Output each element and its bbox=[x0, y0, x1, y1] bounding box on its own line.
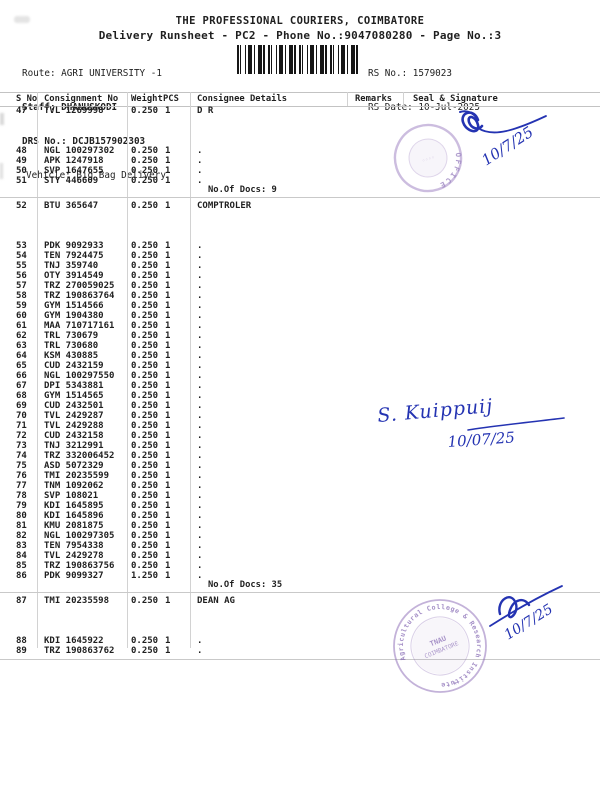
cell-weight: 0.250 bbox=[131, 301, 158, 311]
cell-sno: 63 bbox=[16, 341, 27, 351]
cell-sno: 48 bbox=[16, 146, 27, 156]
cell-sno: 61 bbox=[16, 321, 27, 331]
cell-consignment: TRZ 190863762 bbox=[44, 646, 114, 656]
cell-pcs: 1 bbox=[165, 106, 170, 116]
cell-consignment: SVP 108021 bbox=[44, 491, 98, 501]
cell-consignment: KSM 430885 bbox=[44, 351, 98, 361]
table-row: 65 CUD 2432159 0.250 1 . bbox=[0, 361, 600, 371]
table-row: 75 ASD 5072329 0.250 1 . bbox=[0, 461, 600, 471]
cell-pcs: 1 bbox=[165, 561, 170, 571]
cell-consignee: . bbox=[197, 501, 202, 511]
cell-consignee: . bbox=[197, 431, 202, 441]
barcode bbox=[237, 45, 358, 74]
cell-weight: 0.250 bbox=[131, 481, 158, 491]
cell-pcs: 1 bbox=[165, 646, 170, 656]
cell-sno: 81 bbox=[16, 521, 27, 531]
cell-pcs: 1 bbox=[165, 511, 170, 521]
cell-consignment: SVP 1647655 bbox=[44, 166, 104, 176]
cell-consignee: . bbox=[197, 321, 202, 331]
cell-consignee: . bbox=[197, 176, 202, 186]
cell-pcs: 1 bbox=[165, 271, 170, 281]
group-divider bbox=[0, 197, 600, 198]
cell-weight: 0.250 bbox=[131, 241, 158, 251]
cell-weight: 0.250 bbox=[131, 636, 158, 646]
cell-sno: 68 bbox=[16, 391, 27, 401]
cell-sno: 67 bbox=[16, 381, 27, 391]
cell-consignee: . bbox=[197, 491, 202, 501]
cell-weight: 0.250 bbox=[131, 421, 158, 431]
cell-consignee: . bbox=[197, 301, 202, 311]
col-header-weight: Weight bbox=[131, 94, 163, 104]
cell-sno: 53 bbox=[16, 241, 27, 251]
table-row: 61 MAA 710717161 0.250 1 . bbox=[0, 321, 600, 331]
cell-consignee: . bbox=[197, 156, 202, 166]
cell-consignment: BTU 365647 bbox=[44, 201, 98, 211]
cell-consignment: TRL 730679 bbox=[44, 331, 98, 341]
cell-pcs: 1 bbox=[165, 241, 170, 251]
table-row: 83 TEN 7954338 0.250 1 . bbox=[0, 541, 600, 551]
cell-weight: 0.250 bbox=[131, 201, 158, 211]
cell-consignment: CUD 2432159 bbox=[44, 361, 104, 371]
group-gap bbox=[0, 211, 600, 241]
cell-pcs: 1 bbox=[165, 281, 170, 291]
cell-consignee: . bbox=[197, 636, 202, 646]
cell-consignee: . bbox=[197, 166, 202, 176]
cell-pcs: 1 bbox=[165, 391, 170, 401]
cell-pcs: 1 bbox=[165, 521, 170, 531]
route-line: Route: AGRI UNIVERSITY -1 bbox=[22, 68, 166, 79]
cell-sno: 51 bbox=[16, 176, 27, 186]
cell-consignment: STY 446609 bbox=[44, 176, 98, 186]
cell-consignment: TRZ 332006452 bbox=[44, 451, 114, 461]
cell-weight: 0.250 bbox=[131, 471, 158, 481]
cell-consignment: GYM 1904380 bbox=[44, 311, 104, 321]
cell-pcs: 1 bbox=[165, 341, 170, 351]
cell-consignee: . bbox=[197, 421, 202, 431]
cell-pcs: 1 bbox=[165, 551, 170, 561]
cell-consignment: TRZ 190863756 bbox=[44, 561, 114, 571]
cell-weight: 0.250 bbox=[131, 261, 158, 271]
docs-summary: No.Of Docs: 9 bbox=[0, 186, 600, 195]
cell-sno: 72 bbox=[16, 431, 27, 441]
cell-sno: 56 bbox=[16, 271, 27, 281]
cell-weight: 0.250 bbox=[131, 311, 158, 321]
cell-consignment: OTY 3914549 bbox=[44, 271, 104, 281]
cell-pcs: 1 bbox=[165, 491, 170, 501]
signature-date: 10/7/25 bbox=[478, 123, 536, 170]
cell-pcs: 1 bbox=[165, 501, 170, 511]
cell-sno: 89 bbox=[16, 646, 27, 656]
cell-weight: 0.250 bbox=[131, 271, 158, 281]
cell-sno: 65 bbox=[16, 361, 27, 371]
cell-consignment: NGL 100297305 bbox=[44, 531, 114, 541]
cell-sno: 54 bbox=[16, 251, 27, 261]
cell-consignment: CUD 2432158 bbox=[44, 431, 104, 441]
cell-consignee: . bbox=[197, 646, 202, 656]
table-row: 58 TRZ 190863764 0.250 1 . bbox=[0, 291, 600, 301]
rs-no-line: RS No.: 1579023 bbox=[368, 68, 480, 79]
cell-consignee: . bbox=[197, 311, 202, 321]
cell-sno: 84 bbox=[16, 551, 27, 561]
cell-consignment: TVL 2429288 bbox=[44, 421, 104, 431]
cell-consignee: D R bbox=[197, 106, 213, 116]
cell-consignment: TRZ 190863764 bbox=[44, 291, 114, 301]
cell-weight: 0.250 bbox=[131, 321, 158, 331]
cell-consignment: TEN 7924475 bbox=[44, 251, 104, 261]
cell-consignment: APK 1247918 bbox=[44, 156, 104, 166]
cell-pcs: 1 bbox=[165, 331, 170, 341]
col-header-consignee: Consignee Details bbox=[197, 94, 287, 104]
cell-weight: 0.250 bbox=[131, 391, 158, 401]
signature-scribble-bottom: 10/7/25 bbox=[478, 578, 578, 658]
cell-consignee: . bbox=[197, 391, 202, 401]
cell-consignment: TEN 7954338 bbox=[44, 541, 104, 551]
col-header-remarks: Remarks bbox=[355, 94, 392, 104]
cell-weight: 0.250 bbox=[131, 411, 158, 421]
table-row: 84 TVL 2429278 0.250 1 . bbox=[0, 551, 600, 561]
cell-sno: 88 bbox=[16, 636, 27, 646]
runsheet-subtitle: Delivery Runsheet - PC2 - Phone No.:9047… bbox=[0, 29, 600, 42]
cell-consignment: KDI 1645896 bbox=[44, 511, 104, 521]
cell-pcs: 1 bbox=[165, 201, 170, 211]
table-row: 64 KSM 430885 0.250 1 . bbox=[0, 351, 600, 361]
cell-consignment: TMI 20235598 bbox=[44, 596, 109, 606]
table-row: 52 BTU 365647 0.250 1 COMPTROLER bbox=[0, 201, 600, 211]
cell-pcs: 1 bbox=[165, 351, 170, 361]
signature-scribble-top: 10/7/25 bbox=[448, 104, 568, 184]
cell-weight: 0.250 bbox=[131, 156, 158, 166]
cell-consignment: MAA 710717161 bbox=[44, 321, 114, 331]
cell-sno: 82 bbox=[16, 531, 27, 541]
cell-weight: 0.250 bbox=[131, 281, 158, 291]
cell-pcs: 1 bbox=[165, 381, 170, 391]
table-row: 82 NGL 100297305 0.250 1 . bbox=[0, 531, 600, 541]
cell-weight: 0.250 bbox=[131, 521, 158, 531]
cell-pcs: 1 bbox=[165, 176, 170, 186]
cell-weight: 0.250 bbox=[131, 291, 158, 301]
cell-pcs: 1 bbox=[165, 401, 170, 411]
cell-weight: 0.250 bbox=[131, 551, 158, 561]
cell-pcs: 1 bbox=[165, 471, 170, 481]
cell-sno: 52 bbox=[16, 201, 27, 211]
cell-consignment: PDK 9099327 bbox=[44, 571, 104, 581]
cell-pcs: 1 bbox=[165, 361, 170, 371]
cell-pcs: 1 bbox=[165, 421, 170, 431]
cell-consignee: . bbox=[197, 146, 202, 156]
cell-pcs: 1 bbox=[165, 431, 170, 441]
col-header-pcs: PCS bbox=[163, 94, 179, 104]
cell-consignment: TVL 2429287 bbox=[44, 411, 104, 421]
cell-consignee: COMPTROLER bbox=[197, 201, 251, 211]
cell-weight: 0.250 bbox=[131, 501, 158, 511]
cell-consignee: . bbox=[197, 331, 202, 341]
cell-consignment: ASD 5072329 bbox=[44, 461, 104, 471]
cell-weight: 0.250 bbox=[131, 176, 158, 186]
cell-weight: 0.250 bbox=[131, 106, 158, 116]
cell-consignment: TNJ 359740 bbox=[44, 261, 98, 271]
cell-consignee: . bbox=[197, 481, 202, 491]
cell-weight: 0.250 bbox=[131, 596, 158, 606]
cell-consignment: TNJ 3212991 bbox=[44, 441, 104, 451]
cell-consignment: CUD 2432501 bbox=[44, 401, 104, 411]
table-row: 77 TNM 1092062 0.250 1 . bbox=[0, 481, 600, 491]
cell-pcs: 1 bbox=[165, 261, 170, 271]
cell-consignee: . bbox=[197, 571, 202, 581]
cell-consignment: GYM 1514566 bbox=[44, 301, 104, 311]
table-row: 66 NGL 100297550 0.250 1 . bbox=[0, 371, 600, 381]
table-row: 79 KDI 1645895 0.250 1 . bbox=[0, 501, 600, 511]
cell-sno: 77 bbox=[16, 481, 27, 491]
cell-weight: 0.250 bbox=[131, 441, 158, 451]
cell-consignee: . bbox=[197, 251, 202, 261]
cell-consignee: . bbox=[197, 281, 202, 291]
table-row: 63 TRL 730680 0.250 1 . bbox=[0, 341, 600, 351]
cell-weight: 0.250 bbox=[131, 646, 158, 656]
cell-consignee: . bbox=[197, 561, 202, 571]
cell-weight: 0.250 bbox=[131, 371, 158, 381]
cell-consignee: . bbox=[197, 351, 202, 361]
cell-sno: 71 bbox=[16, 421, 27, 431]
cell-pcs: 1 bbox=[165, 311, 170, 321]
table-bottom-border bbox=[0, 659, 600, 660]
cell-weight: 0.250 bbox=[131, 491, 158, 501]
cell-pcs: 1 bbox=[165, 166, 170, 176]
signature-name: S. Kuippuij bbox=[377, 395, 495, 427]
cell-consignee: . bbox=[197, 381, 202, 391]
table-row: 62 TRL 730679 0.250 1 . bbox=[0, 331, 600, 341]
cell-weight: 0.250 bbox=[131, 146, 158, 156]
company-title: THE PROFESSIONAL COURIERS, COIMBATORE bbox=[0, 15, 600, 27]
cell-consignee: . bbox=[197, 411, 202, 421]
cell-consignment: KDI 1645895 bbox=[44, 501, 104, 511]
cell-consignment: GYM 1514565 bbox=[44, 391, 104, 401]
cell-consignment: NGL 100297550 bbox=[44, 371, 114, 381]
cell-pcs: 1 bbox=[165, 321, 170, 331]
cell-consignment: KDI 1645922 bbox=[44, 636, 104, 646]
cell-weight: 1.250 bbox=[131, 571, 158, 581]
col-header-seal: Seal & Signature bbox=[413, 94, 498, 104]
cell-sno: 83 bbox=[16, 541, 27, 551]
col-header-consignment: Consignment No bbox=[44, 94, 118, 104]
cell-pcs: 1 bbox=[165, 541, 170, 551]
cell-sno: 74 bbox=[16, 451, 27, 461]
cell-consignee: . bbox=[197, 371, 202, 381]
cell-weight: 0.250 bbox=[131, 451, 158, 461]
cell-pcs: 1 bbox=[165, 291, 170, 301]
cell-pcs: 1 bbox=[165, 441, 170, 451]
cell-sno: 79 bbox=[16, 501, 27, 511]
cell-pcs: 1 bbox=[165, 481, 170, 491]
table-row: 76 TMI 20235599 0.250 1 . bbox=[0, 471, 600, 481]
cell-pcs: 1 bbox=[165, 371, 170, 381]
cell-consignee: . bbox=[197, 451, 202, 461]
cell-pcs: 1 bbox=[165, 251, 170, 261]
cell-sno: 75 bbox=[16, 461, 27, 471]
cell-weight: 0.250 bbox=[131, 331, 158, 341]
col-header-sno: S No bbox=[16, 94, 37, 104]
cell-consignee: . bbox=[197, 441, 202, 451]
cell-weight: 0.250 bbox=[131, 166, 158, 176]
table-row: 81 KMU 2081875 0.250 1 . bbox=[0, 521, 600, 531]
cell-pcs: 1 bbox=[165, 146, 170, 156]
table-row: 55 TNJ 359740 0.250 1 . bbox=[0, 261, 600, 271]
cell-consignee: . bbox=[197, 471, 202, 481]
cell-pcs: 1 bbox=[165, 571, 170, 581]
cell-consignment: NGL 100297302 bbox=[44, 146, 114, 156]
cell-pcs: 1 bbox=[165, 156, 170, 166]
cell-weight: 0.250 bbox=[131, 431, 158, 441]
cell-consignment: TRZ 270059025 bbox=[44, 281, 114, 291]
cell-sno: 59 bbox=[16, 301, 27, 311]
cell-consignee: . bbox=[197, 521, 202, 531]
cell-weight: 0.250 bbox=[131, 381, 158, 391]
table-row: 57 TRZ 270059025 0.250 1 . bbox=[0, 281, 600, 291]
cell-sno: 69 bbox=[16, 401, 27, 411]
cell-sno: 66 bbox=[16, 371, 27, 381]
cell-sno: 87 bbox=[16, 596, 27, 606]
cell-sno: 62 bbox=[16, 331, 27, 341]
table-row: 80 KDI 1645896 0.250 1 . bbox=[0, 511, 600, 521]
cell-weight: 0.250 bbox=[131, 361, 158, 371]
cell-consignment: TMI 20235599 bbox=[44, 471, 109, 481]
cell-weight: 0.250 bbox=[131, 511, 158, 521]
table-row: 60 GYM 1904380 0.250 1 . bbox=[0, 311, 600, 321]
cell-weight: 0.250 bbox=[131, 251, 158, 261]
cell-sno: 55 bbox=[16, 261, 27, 271]
cell-sno: 47 bbox=[16, 106, 27, 116]
cell-consignment: TNM 1092062 bbox=[44, 481, 104, 491]
delivery-runsheet-document: THE PROFESSIONAL COURIERS, COIMBATORE De… bbox=[0, 0, 600, 800]
cell-sno: 70 bbox=[16, 411, 27, 421]
cell-consignee: . bbox=[197, 341, 202, 351]
cell-sno: 80 bbox=[16, 511, 27, 521]
cell-weight: 0.250 bbox=[131, 351, 158, 361]
cell-weight: 0.250 bbox=[131, 541, 158, 551]
cell-weight: 0.250 bbox=[131, 531, 158, 541]
cell-sno: 60 bbox=[16, 311, 27, 321]
cell-sno: 85 bbox=[16, 561, 27, 571]
cell-consignee: . bbox=[197, 291, 202, 301]
cell-pcs: 1 bbox=[165, 411, 170, 421]
cell-consignee: DEAN AG bbox=[197, 596, 235, 606]
cell-consignee: . bbox=[197, 261, 202, 271]
cell-weight: 0.250 bbox=[131, 561, 158, 571]
cell-sno: 49 bbox=[16, 156, 27, 166]
cell-pcs: 1 bbox=[165, 451, 170, 461]
cell-consignee: . bbox=[197, 541, 202, 551]
cell-consignee: . bbox=[197, 511, 202, 521]
cell-sno: 57 bbox=[16, 281, 27, 291]
cell-sno: 64 bbox=[16, 351, 27, 361]
table-row: 59 GYM 1514566 0.250 1 . bbox=[0, 301, 600, 311]
cell-consignee: . bbox=[197, 241, 202, 251]
table-row: 78 SVP 108021 0.250 1 . bbox=[0, 491, 600, 501]
cell-consignee: . bbox=[197, 401, 202, 411]
table-row: 74 TRZ 332006452 0.250 1 . bbox=[0, 451, 600, 461]
table-row: 85 TRZ 190863756 0.250 1 . bbox=[0, 561, 600, 571]
cell-consignment: TRL 730680 bbox=[44, 341, 98, 351]
cell-sno: 73 bbox=[16, 441, 27, 451]
signature-date: 10/07/25 bbox=[447, 428, 515, 451]
cell-consignment: TVL 1269998 bbox=[44, 106, 104, 116]
cell-pcs: 1 bbox=[165, 461, 170, 471]
cell-consignment: DPI 5343881 bbox=[44, 381, 104, 391]
cell-sno: 76 bbox=[16, 471, 27, 481]
table-row: 54 TEN 7924475 0.250 1 . bbox=[0, 251, 600, 261]
cell-consignee: . bbox=[197, 551, 202, 561]
table-row: 56 OTY 3914549 0.250 1 . bbox=[0, 271, 600, 281]
cell-pcs: 1 bbox=[165, 301, 170, 311]
cell-consignment: PDK 9092933 bbox=[44, 241, 104, 251]
cell-pcs: 1 bbox=[165, 596, 170, 606]
cell-consignee: . bbox=[197, 361, 202, 371]
cell-weight: 0.250 bbox=[131, 461, 158, 471]
signature-scribble-middle: S. Kuippuij 10/07/25 bbox=[372, 390, 572, 452]
cell-sno: 50 bbox=[16, 166, 27, 176]
cell-pcs: 1 bbox=[165, 636, 170, 646]
cell-consignee: . bbox=[197, 461, 202, 471]
cell-sno: 58 bbox=[16, 291, 27, 301]
table-row: 53 PDK 9092933 0.250 1 . bbox=[0, 241, 600, 251]
cell-sno: 86 bbox=[16, 571, 27, 581]
cell-consignment: TVL 2429278 bbox=[44, 551, 104, 561]
cell-weight: 0.250 bbox=[131, 341, 158, 351]
cell-consignee: . bbox=[197, 271, 202, 281]
cell-consignee: . bbox=[197, 531, 202, 541]
cell-weight: 0.250 bbox=[131, 401, 158, 411]
cell-sno: 78 bbox=[16, 491, 27, 501]
cell-pcs: 1 bbox=[165, 531, 170, 541]
cell-consignment: KMU 2081875 bbox=[44, 521, 104, 531]
